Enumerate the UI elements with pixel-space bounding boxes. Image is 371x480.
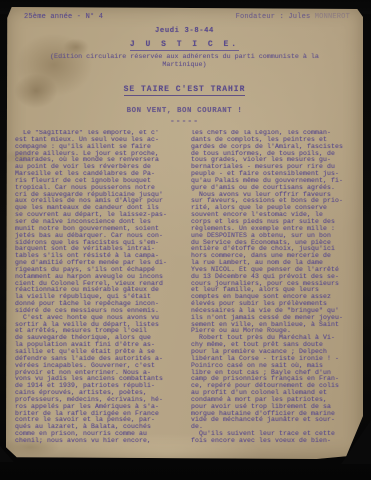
edition-info: 25ème année - N° 4 bbox=[24, 13, 103, 21]
issue-date: Jeudi 3-8-44 bbox=[6, 27, 363, 35]
masthead-row: 25ème année - N° 4 Fondateur : Jules MON… bbox=[24, 13, 350, 21]
founder-line: Fondateur : Jules MONNEROT bbox=[236, 13, 350, 21]
founder-label: Fondateur : Jules bbox=[236, 13, 315, 21]
edition-note: (Edition circulaire réservée aux adhéren… bbox=[6, 54, 363, 69]
divider-dashes: ----- bbox=[6, 117, 363, 126]
scanned-page: 25ème année - N° 4 Fondateur : Jules MON… bbox=[0, 0, 371, 480]
newspaper-title: J U S T I C E. bbox=[6, 40, 363, 49]
article-body: Le "Sagittaire" les emporte, et c' est t… bbox=[15, 130, 358, 445]
right-column: les chefs de la Légion, les comman- dant… bbox=[191, 130, 358, 445]
article-headline: SE TAIRE C'EST TRAHIR bbox=[6, 85, 363, 94]
paper: 25ème année - N° 4 Fondateur : Jules MON… bbox=[6, 7, 363, 459]
edition-note-line2: Martinique) bbox=[6, 62, 363, 70]
article-subheadline: BON VENT, BON COURANT ! bbox=[6, 107, 363, 115]
left-column: Le "Sagittaire" les emporte, et c' est t… bbox=[15, 130, 182, 445]
founder-name: MONNEROT bbox=[315, 13, 350, 21]
